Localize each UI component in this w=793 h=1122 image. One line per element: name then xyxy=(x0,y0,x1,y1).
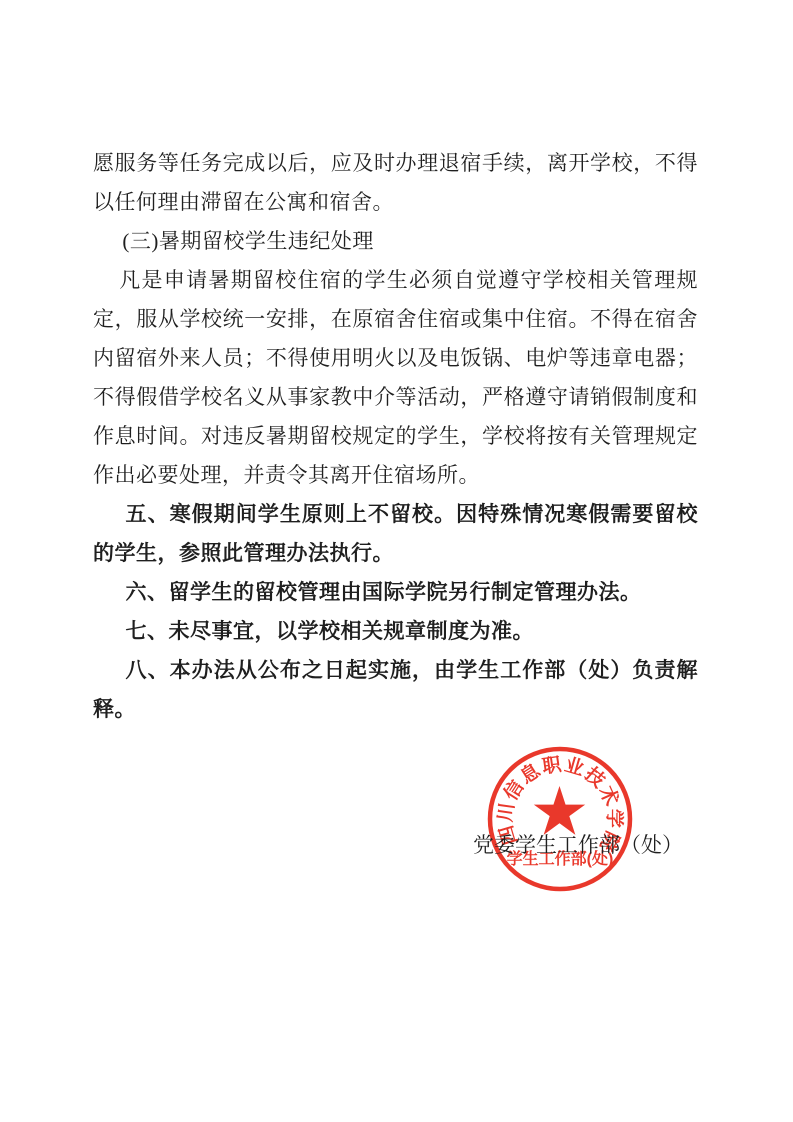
list-item-7: 七、未尽事宜，以学校相关规章制度为准。 xyxy=(93,612,698,651)
list-item-6: 六、留学生的留校管理由国际学院另行制定管理办法。 xyxy=(93,573,698,612)
document-page: 愿服务等任务完成以后，应及时办理退宿手续，离开学校，不得以任何理由滞留在公寓和宿… xyxy=(0,0,793,1122)
signature-line: 党委学生工作部（处） xyxy=(473,828,683,862)
paragraph-continuation: 愿服务等任务完成以后，应及时办理退宿手续，离开学校，不得以任何理由滞留在公寓和宿… xyxy=(93,144,698,222)
list-item-8: 八、本办法从公布之日起实施，由学生工作部（处）负责解释。 xyxy=(93,651,698,729)
document-body: 愿服务等任务完成以后，应及时办理退宿手续，离开学校，不得以任何理由滞留在公寓和宿… xyxy=(93,144,698,729)
section-heading: (三)暑期留校学生违纪处理 xyxy=(93,222,698,261)
list-item-5: 五、寒假期间学生原则上不留校。因特殊情况寒假需要留校的学生，参照此管理办法执行。 xyxy=(93,495,698,573)
section-body-paragraph: 凡是申请暑期留校住宿的学生必须自觉遵守学校相关管理规定，服从学校统一安排，在原宿… xyxy=(93,261,698,495)
official-seal: 四川信息职业技术学院 学生工作部(处) xyxy=(485,744,635,894)
